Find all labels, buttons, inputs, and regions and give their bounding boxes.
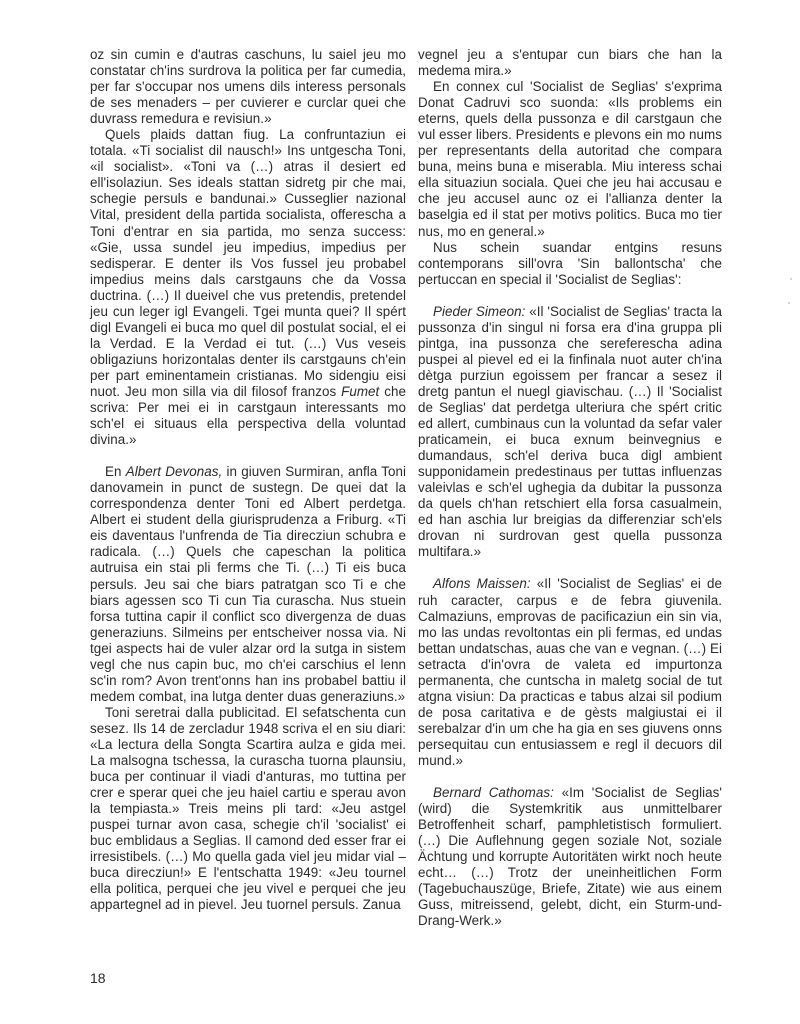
quote-text: «Il 'Socialist de Seglias' ei de ruh car…: [418, 576, 722, 768]
quote-author: Bernard Cathomas:: [433, 785, 554, 800]
paragraph-gap: [418, 769, 722, 785]
quote-author: Pieder Simeon:: [433, 304, 525, 319]
quote-text: «Im 'Socialist de Seglias' (wird) die Sy…: [418, 785, 722, 928]
paragraph-vital-offer: Quels plaids dattan fiug. La confruntazi…: [90, 127, 406, 448]
scan-speck: [788, 302, 790, 304]
quote-author: Alfons Maissen:: [433, 576, 531, 591]
italic-name-fumet: Fumet: [341, 384, 379, 399]
italic-name-albert-devonas: Albert Devonas,: [126, 464, 223, 479]
quote-pieder-simeon: Pieder Simeon: «Il 'Socialist de Seglias…: [418, 304, 722, 561]
paragraph-diary: Toni seretrai dalla publicitad. El sefat…: [90, 705, 406, 914]
paragraph-gap: [90, 448, 406, 464]
paragraph-text: Quels plaids dattan fiug. La confruntazi…: [90, 127, 406, 399]
quote-bernard-cathomas: Bernard Cathomas: «Im 'Socialist de Segl…: [418, 785, 722, 929]
paragraph-text: in giuven Surmiran, anfla Toni danovamei…: [90, 464, 406, 704]
quote-text: «Il 'Socialist de Seglias' tracta la pus…: [418, 304, 722, 560]
paragraph-continuation: vegnel jeu a s'entupar cun biars che han…: [418, 47, 722, 79]
right-column: vegnel jeu a s'entupar cun biars che han…: [418, 47, 722, 929]
paragraph-cadruvi: En connex cul 'Socialist de Seglias' s'e…: [418, 79, 722, 239]
page-number: 18: [90, 970, 106, 986]
quote-alfons-maissen: Alfons Maissen: «Il 'Socialist de Seglia…: [418, 576, 722, 769]
paragraph-gap: [418, 560, 722, 576]
scan-speck: [790, 278, 792, 280]
paragraph-continuation: oz sin cumin e d'autras caschuns, lu sai…: [90, 47, 406, 127]
paragraph-intro-reviews: Nus schein suandar entgins resuns contem…: [418, 240, 722, 288]
paragraph-albert-devonas: En Albert Devonas, in giuven Surmiran, a…: [90, 464, 406, 705]
left-column: oz sin cumin e d'autras caschuns, lu sai…: [90, 47, 406, 913]
paragraph-text-start: En: [105, 464, 126, 479]
paragraph-gap: [418, 288, 722, 304]
